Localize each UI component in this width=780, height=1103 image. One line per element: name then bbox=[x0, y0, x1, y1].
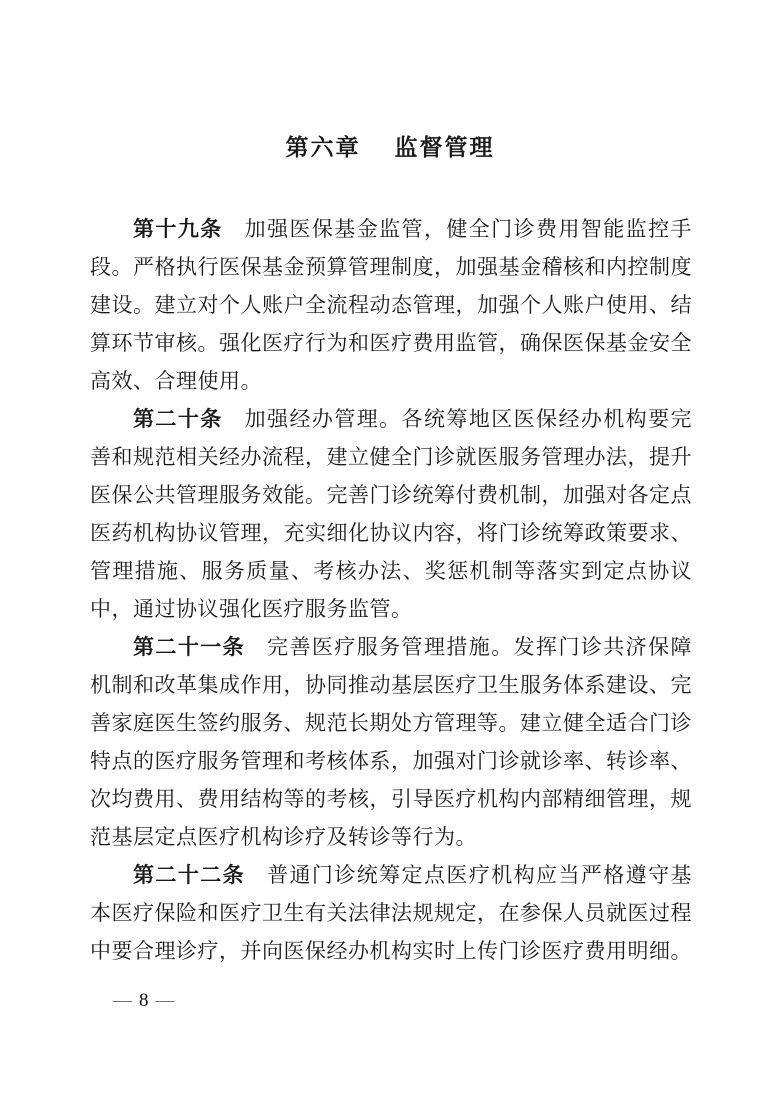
article-paragraph: 第二十一条完善医疗服务管理措施。发挥门诊共济保障机制和改革集成作用，协同推动基层… bbox=[90, 628, 692, 856]
document-page: 第六章监督管理 第十九条加强医保基金监管，健全门诊费用智能监控手段。严格执行医保… bbox=[0, 0, 780, 1103]
article-number: 第二十条 bbox=[133, 407, 245, 431]
document-body: 第十九条加强医保基金监管，健全门诊费用智能监控手段。严格执行医保基金预算管理制度… bbox=[90, 210, 692, 970]
chapter-heading: 第六章监督管理 bbox=[0, 133, 780, 163]
footer-right-dash: — bbox=[149, 990, 182, 1011]
article-text: 加强医保基金监管，健全门诊费用智能监控手段。严格执行医保基金预算管理制度，加强基… bbox=[90, 217, 692, 393]
article-text: 加强经办管理。各统筹地区医保经办机构要完善和规范相关经办流程，建立健全门诊就医服… bbox=[90, 407, 692, 621]
article-paragraph: 第十九条加强医保基金监管，健全门诊费用智能监控手段。严格执行医保基金预算管理制度… bbox=[90, 210, 692, 400]
article-number: 第二十二条 bbox=[133, 863, 267, 887]
article-number: 第十九条 bbox=[133, 217, 245, 241]
chapter-title-text: 监督管理 bbox=[395, 135, 495, 160]
footer-left-dash: — bbox=[106, 990, 139, 1011]
page-footer: —8— bbox=[106, 986, 182, 1016]
page-number: 8 bbox=[139, 990, 149, 1011]
article-number: 第二十一条 bbox=[133, 635, 267, 659]
article-text: 完善医疗服务管理措施。发挥门诊共济保障机制和改革集成作用，协同推动基层医疗卫生服… bbox=[90, 635, 692, 849]
article-paragraph: 第二十条加强经办管理。各统筹地区医保经办机构要完善和规范相关经办流程，建立健全门… bbox=[90, 400, 692, 628]
article-paragraph: 第二十二条普通门诊统筹定点医疗机构应当严格遵守基本医疗保险和医疗卫生有关法律法规… bbox=[90, 856, 692, 970]
chapter-number: 第六章 bbox=[286, 135, 361, 160]
